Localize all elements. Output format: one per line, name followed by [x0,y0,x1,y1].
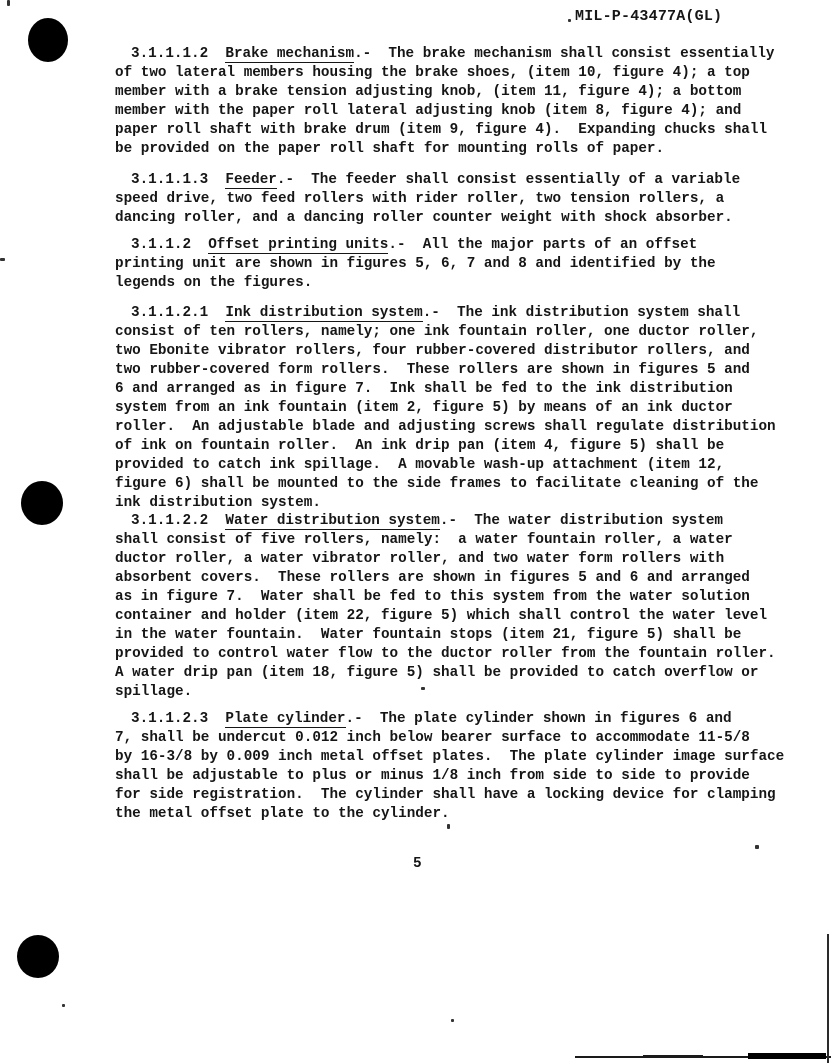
section-text: .- The ink distribution system shall [423,305,740,321]
paragraph-line: ductor roller, a water vibrator roller, … [115,550,776,569]
document-id-header: MIL-P-43477A(GL) [575,8,722,25]
paragraph-3.1.1.1.3: 3.1.1.1.3 Feeder.- The feeder shall cons… [115,171,740,228]
paragraph-line: by 16-3/8 by 0.009 inch metal offset pla… [115,748,784,767]
paragraph-line: figure 6) shall be mounted to the side f… [115,475,776,494]
section-text: .- All the major parts of an offset [388,237,697,253]
scan-noise-mark [0,258,5,261]
paragraph-line: printing unit are shown in figures 5, 6,… [115,255,716,274]
section-title: Water distribution system [225,513,440,530]
section-number: 3.1.1.2 [131,237,208,253]
paragraph-line: member with a brake tension adjusting kn… [115,83,774,102]
paragraph-3.1.1.2.3: 3.1.1.2.3 Plate cylinder.- The plate cyl… [115,710,784,824]
section-text: .- The brake mechanism shall consist ess… [354,46,774,62]
paragraph-line: absorbent covers. These rollers are show… [115,569,776,588]
section-title: Feeder [225,172,276,189]
paragraph-line: the metal offset plate to the cylinder. [115,805,784,824]
paragraph-line: consist of ten rollers, namely; one ink … [115,323,776,342]
paragraph-line: be provided on the paper roll shaft for … [115,140,774,159]
paragraph-line: A water drip pan (item 18, figure 5) sha… [115,664,776,683]
paragraph-line: speed drive, two feed rollers with rider… [115,190,740,209]
paragraph-3.1.1.2.1: 3.1.1.2.1 Ink distribution system.- The … [115,304,776,513]
section-number: 3.1.1.2.3 [131,711,225,727]
page-number: 5 [413,856,422,872]
paragraph-first-line: 3.1.1.2 Offset printing units.- All the … [115,236,716,255]
paragraph-line: provided to control water flow to the du… [115,645,776,664]
paragraph-line: as in figure 7. Water shall be fed to th… [115,588,776,607]
paragraph-3.1.1.2: 3.1.1.2 Offset printing units.- All the … [115,236,716,293]
document-page: MIL-P-43477A(GL) 3.1.1.1.2 Brake mechani… [0,0,831,1063]
paragraph-line: shall consist of five rollers, namely: a… [115,531,776,550]
paragraph-line: 6 and arranged as in figure 7. Ink shall… [115,380,776,399]
paragraph-line: in the water fountain. Water fountain st… [115,626,776,645]
scan-edge-line-vertical [827,934,829,1063]
scan-noise-mark [755,845,759,849]
section-title: Ink distribution system [225,305,422,322]
section-number: 3.1.1.2.1 [131,305,225,321]
paragraph-line: ink distribution system. [115,494,776,513]
section-text: .- The plate cylinder shown in figures 6… [346,711,732,727]
section-title: Offset printing units [208,237,388,254]
section-number: 3.1.1.1.2 [131,46,225,62]
paragraph-first-line: 3.1.1.2.3 Plate cylinder.- The plate cyl… [115,710,784,729]
paragraph-line: of two lateral members housing the brake… [115,64,774,83]
paragraph-line: spillage. [115,683,776,702]
scan-noise-mark [62,1004,65,1007]
paragraph-line: container and holder (item 22, figure 5)… [115,607,776,626]
paragraph-line: paper roll shaft with brake drum (item 9… [115,121,774,140]
paragraph-line: dancing roller, and a dancing roller cou… [115,209,740,228]
section-text: .- The feeder shall consist essentially … [277,172,740,188]
paragraph-line: shall be adjustable to plus or minus 1/8… [115,767,784,786]
paragraph-line: two rubber-covered form rollers. These r… [115,361,776,380]
paragraph-3.1.1.2.2: 3.1.1.2.2 Water distribution system.- Th… [115,512,776,702]
scan-edge-line-horizontal-mid [643,1055,703,1058]
scan-edge-line-horizontal-dark [748,1053,826,1059]
paragraph-line: two Ebonite vibrator rollers, four rubbe… [115,342,776,361]
section-text: .- The water distribution system [440,513,723,529]
punch-hole-top-icon [28,18,68,62]
paragraph-line: member with the paper roll lateral adjus… [115,102,774,121]
punch-hole-bottom-icon [17,935,59,978]
section-title: Brake mechanism [225,46,354,63]
section-number: 3.1.1.2.2 [131,513,225,529]
paragraph-line: system from an ink fountain (item 2, fig… [115,399,776,418]
section-title: Plate cylinder [225,711,345,728]
punch-hole-middle-icon [21,481,63,525]
scan-noise-mark [421,687,425,690]
scan-noise-mark [7,0,10,6]
paragraph-line: of ink on fountain roller. An ink drip p… [115,437,776,456]
paragraph-line: provided to catch ink spillage. A movabl… [115,456,776,475]
section-number: 3.1.1.1.3 [131,172,225,188]
scan-noise-mark [451,1019,454,1022]
paragraph-first-line: 3.1.1.1.3 Feeder.- The feeder shall cons… [115,171,740,190]
paragraph-first-line: 3.1.1.1.2 Brake mechanism.- The brake me… [115,45,774,64]
paragraph-3.1.1.1.2: 3.1.1.1.2 Brake mechanism.- The brake me… [115,45,774,159]
paragraph-line: 7, shall be undercut 0.012 inch below be… [115,729,784,748]
paragraph-first-line: 3.1.1.2.1 Ink distribution system.- The … [115,304,776,323]
scan-noise-mark [447,824,450,829]
paragraph-line: for side registration. The cylinder shal… [115,786,784,805]
paragraph-first-line: 3.1.1.2.2 Water distribution system.- Th… [115,512,776,531]
scan-noise-mark [568,19,571,22]
paragraph-line: legends on the figures. [115,274,716,293]
paragraph-line: roller. An adjustable blade and adjustin… [115,418,776,437]
